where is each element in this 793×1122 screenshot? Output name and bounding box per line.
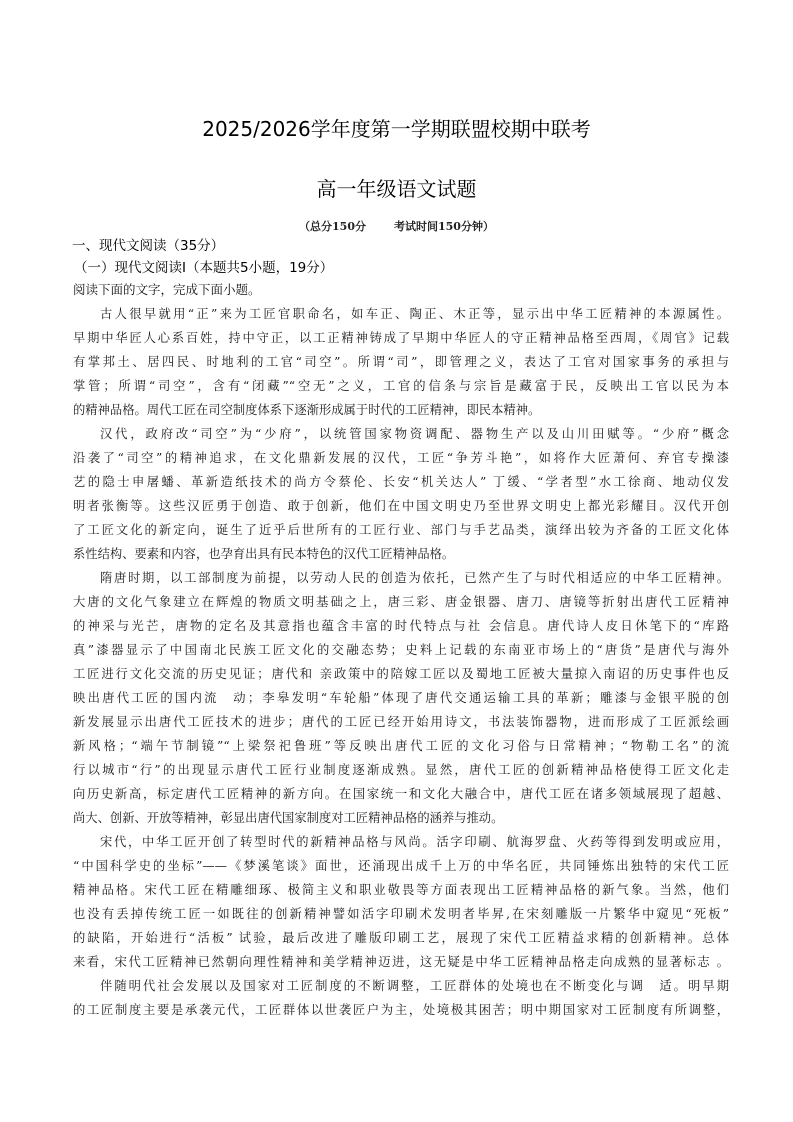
text-line: 有掌邦土、居四民、时地利的工官“司空”。所谓“司”，即管理之义，表达了工官对国家… xyxy=(73,350,729,374)
text-line: 汉代，政府改“司空”为“少府”，以统管国家物资调配、器物生产以及山川田赋等。“少… xyxy=(73,422,729,446)
text-line: 早期中华匠人心系百姓，持中守正，以工正精神铸成了早期中华匠人的守正精神品格至西周… xyxy=(73,326,729,350)
text-line: 伴随明代社会发展以及国家对工匠制度的不断调整，工匠群体的处境也在不断变化与调 适… xyxy=(73,974,729,998)
text-line: 真”漆器显示了中国南北民族工匠文化的交融态势；史料上记载的东南亚市场上的“唐货”… xyxy=(73,638,729,662)
exam-meta: （总分150分考试时间150分钟） xyxy=(0,218,793,234)
subsection-heading: （一）现代文阅读Ⅰ（本题共5小题，19分） xyxy=(74,256,333,276)
text-line: 新风格；“端午节制镜”“上梁祭祀鲁班”等反映出唐代工匠的文化习俗与日常精神；“物… xyxy=(73,734,729,758)
reading-passage: 古人很早就用“正”来为工匠官职命名，如车正、陶正、木正等，显示出中华工匠精神的本… xyxy=(73,302,729,1022)
text-line: 来看，宋代工匠精神已然朝向理性精神和美学精神迈进，这无疑是中华工匠精神品格走向成… xyxy=(73,950,729,974)
section-heading: 一、现代文阅读（35分） xyxy=(72,234,224,254)
text-line: 向历史新高，标定唐代工匠精神的新方向。在国家统一和文化大融合中，唐代工匠在诸多领… xyxy=(73,782,729,806)
text-line: 了工匠文化的新定向，诞生了近乎后世所有的工匠行业、部门与手艺品类，演绎出较为齐备… xyxy=(73,518,729,542)
text-line: 的精神品格。周代工匠在司空制度体系下逐渐形成属于时代的工匠精神，即民本精神。 xyxy=(73,398,729,422)
text-line: 新发展显示出唐代工匠技术的进步；唐代的工匠已经开始用诗文，书法装饰器物，进而形成… xyxy=(73,710,729,734)
text-line: 尚大、创新、开放等精神，彰显出唐代国家制度对工匠精神品格的涵养与推动。 xyxy=(73,806,729,830)
text-line: 的缺陷，开始进行“活板” 试验，最后改进了雕版印刷工艺，展现了宋代工匠精益求精的… xyxy=(73,926,729,950)
exam-title: 2025/2026学年度第一学期联盟校期中联考 xyxy=(0,113,793,142)
exam-subtitle: 高一年级语文试题 xyxy=(0,173,793,202)
total-score: （总分150分 xyxy=(299,218,366,234)
text-line: 的神采与光芒，唐物的定名及其意指也蕴含丰富的时代特点与社 会信息。唐代诗人皮日休… xyxy=(73,614,729,638)
text-line: 古人很早就用“正”来为工匠官职命名，如车正、陶正、木正等，显示出中华工匠精神的本… xyxy=(73,302,729,326)
text-line: 沿袭了“司空”的精神追求，在文化鼎新发展的汉代，工匠“争芳斗艳”，如将作大匠萧何… xyxy=(73,446,729,470)
text-line: 艺的隐士申屠蟠、革新造纸技术的尚方令蔡伦、长安“机关达人” 丁缓、“学者型”水工… xyxy=(73,470,729,494)
text-line: 系性结构、要素和内容，也孕育出具有民本特色的汉代工匠精神品格。 xyxy=(73,542,729,566)
text-line: 宋代，中华工匠开创了转型时代的新精神品格与风尚。活字印刷、航海罗盘、火药等得到发… xyxy=(73,830,729,854)
text-line: 的工匠制度主要是承袭元代，工匠群体以世袭匠户为主，处境极其困苦；明中期国家对工匠… xyxy=(73,998,729,1022)
text-line: 行以城市“行”的出现显示唐代工匠行业制度逐渐成熟。显然，唐代工匠的创新精神品格使… xyxy=(73,758,729,782)
exam-time: 考试时间150分钟） xyxy=(394,218,494,234)
instruction: 阅读下面的文字，完成下面小题。 xyxy=(73,280,261,298)
text-line: 工匠进行文化交流的历史见证；唐代和 亲政策中的陪嫁工匠以及蜀地工匠被大量掠入南诏… xyxy=(73,662,729,686)
text-line: “中国科学史的坐标”——《梦溪笔谈》面世，还涌现出成千上万的中华名匠，共同锤炼出… xyxy=(73,854,729,878)
text-line: 精神品格。宋代工匠在精雕细琢、极简主义和职业敬畏等方面表现出工匠精神品格的新气象… xyxy=(73,878,729,902)
text-line: 大唐的文化气象建立在辉煌的物质文明基础之上，唐三彩、唐金银器、唐刀、唐镜等折射出… xyxy=(73,590,729,614)
exam-page: 2025/2026学年度第一学期联盟校期中联考 高一年级语文试题 （总分150分… xyxy=(0,0,793,1122)
text-line: 明者张衡等。这些汉匠勇于创造、敢于创新，他们在中国文明史乃至世界文明史上都光彩耀… xyxy=(73,494,729,518)
text-line: 也没有丢掉传统工匠一如既往的创新精神譬如活字印刷术发明者毕昇,在宋刻雕版一片繁华… xyxy=(73,902,729,926)
text-line: 映出唐代工匠的国内流 动；李皋发明“车轮船”体现了唐代交通运输工具的革新；雕漆与… xyxy=(73,686,729,710)
text-line: 掌管；所谓“司空”，含有“闭藏”“空无”之义，工官的信条与宗旨是藏富于民，反映出… xyxy=(73,374,729,398)
text-line: 隋唐时期，以工部制度为前提，以劳动人民的创造为依托，已然产生了与时代相适应的中华… xyxy=(73,566,729,590)
